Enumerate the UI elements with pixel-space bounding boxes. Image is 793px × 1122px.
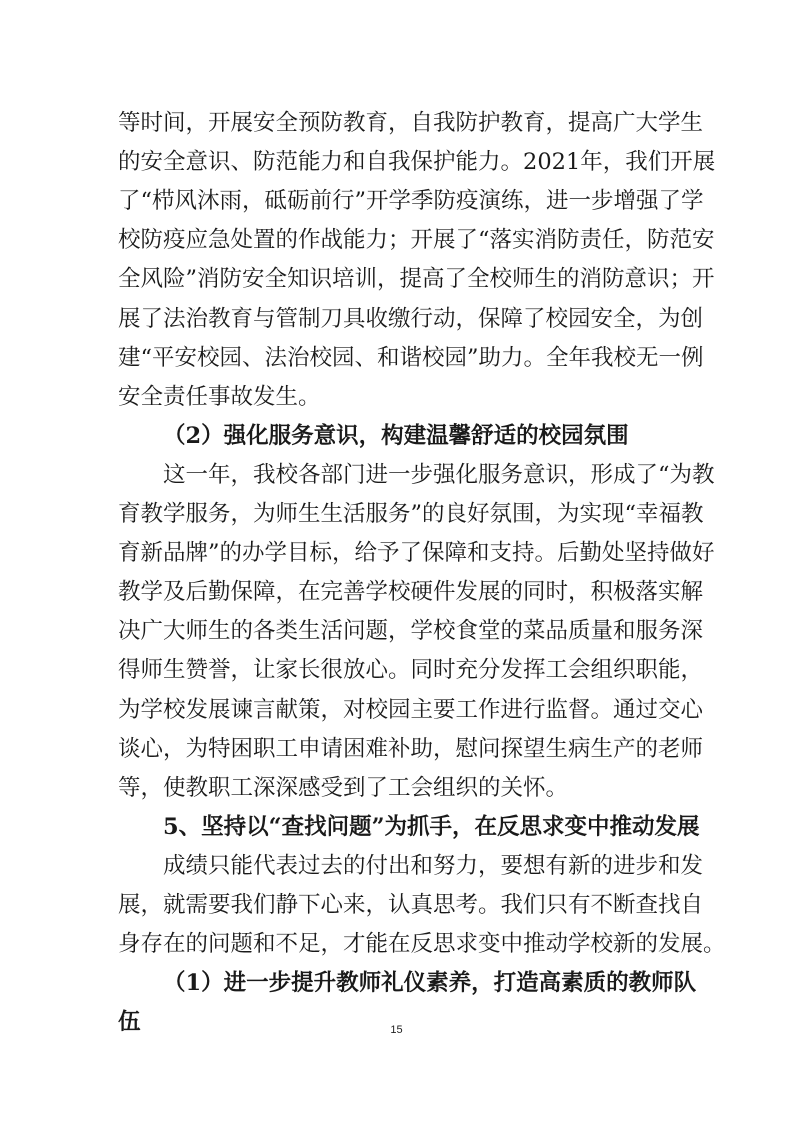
paragraph-line: 得师生赞誉，让家长很放心。同时充分发挥工会组织职能，: [118, 651, 674, 690]
document-page: 等时间，开展安全预防教育，自我防护教育，提高广大学生的安全意识、防范能力和自我保…: [0, 0, 793, 1122]
section-heading-line: （2）强化服务意识，构建温馨舒适的校园氛围: [163, 417, 674, 456]
page-number: 15: [0, 1024, 793, 1036]
paragraph-line: 育新品牌”的办学目标，给予了保障和支持。后勤处坚持做好: [118, 534, 674, 573]
paragraph-line: 了“栉风沐雨，砥砺前行”开学季防疫演练，进一步增强了学: [118, 182, 674, 221]
paragraph-line: 展了法治教育与管制刀具收缴行动，保障了校园安全，为创: [118, 300, 674, 339]
paragraph-line: 等时间，开展安全预防教育，自我防护教育，提高广大学生: [118, 104, 674, 143]
section-heading-line: 5、坚持以“查找问题”为抓手，在反思求变中推动发展: [163, 808, 674, 847]
paragraph-line: 建“平安校园、法治校园、和谐校园”助力。全年我校无一例: [118, 339, 674, 378]
paragraph-line: 为学校发展谏言献策，对校园主要工作进行监督。通过交心: [118, 691, 674, 730]
section-heading-line: （1）进一步提升教师礼仪素养，打造高素质的教师队: [163, 964, 674, 1003]
paragraph-line: 身存在的问题和不足，才能在反思求变中推动学校新的发展。: [118, 925, 674, 964]
paragraph-line: 展，就需要我们静下心来，认真思考。我们只有不断查找自: [118, 886, 674, 925]
paragraph-line: 教学及后勤保障，在完善学校硬件发展的同时，积极落实解: [118, 573, 674, 612]
paragraph-line: 校防疫应急处置的作战能力；开展了“落实消防责任，防范安: [118, 221, 674, 260]
paragraph-line: 决广大师生的各类生活问题，学校食堂的菜品质量和服务深: [118, 612, 674, 651]
paragraph-line: 成绩只能代表过去的付出和努力，要想有新的进步和发: [163, 847, 674, 886]
paragraph-line: 的安全意识、防范能力和自我保护能力。2021年，我们开展: [118, 143, 674, 182]
paragraph-line: 育教学服务，为师生生活服务”的良好氛围，为实现“幸福教: [118, 495, 674, 534]
paragraph-line: 等，使教职工深深感受到了工会组织的关怀。: [118, 769, 674, 808]
paragraph-line: 安全责任事故发生。: [118, 378, 674, 417]
section-heading-line: 伍: [118, 1003, 674, 1042]
paragraph-line: 这一年，我校各部门进一步强化服务意识，形成了“为教: [163, 456, 674, 495]
paragraph-line: 谈心，为特困职工申请困难补助，慰问探望生病生产的老师: [118, 730, 674, 769]
paragraph-line: 全风险”消防安全知识培训，提高了全校师生的消防意识；开: [118, 260, 674, 299]
